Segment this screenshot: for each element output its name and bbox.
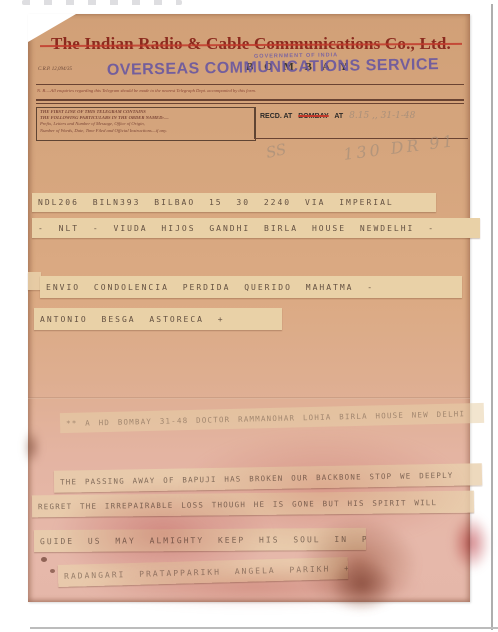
strip-message2-line1: THE PASSING AWAY OF BAPUJI HAS BROKEN OU… (54, 463, 482, 492)
strip-origin-text: NDL206 BILN393 BILBAO 15 30 2240 VIA IMP… (38, 198, 394, 207)
strip-message2-text1: THE PASSING AWAY OF BAPUJI HAS BROKEN OU… (60, 470, 454, 486)
pencil-note-right: 130 DR 91 (342, 131, 456, 164)
strip-body-text: ENVIO CONDOLENCIA PERDIDA QUERIDO MAHATM… (46, 283, 374, 292)
scan-border-right (491, 4, 493, 630)
fold-crease (28, 397, 470, 399)
scan-border-bottom (30, 627, 498, 629)
recd-prefix: RECD. AT (260, 113, 292, 120)
strip-second-address-line: ** A HD BOMBAY 31-48 DOCTOR RAMMANOHAR L… (60, 403, 484, 433)
strip-address-line: - NLT - VIUDA HIJOS GANDHI BIRLA HOUSE N… (32, 218, 480, 238)
header-rule (36, 84, 464, 85)
strip-message2-line3: GUIDE US MAY ALMIGHTY KEEP HIS SOUL IN P… (34, 528, 366, 552)
stain-left-edge-smudge (24, 429, 40, 465)
cropped-caption-remnant (22, 0, 182, 5)
particulars-line-4: Number of Words, Date, Time Filed and Of… (40, 128, 252, 134)
strip-body-line: ENVIO CONDOLENCIA PERDIDA QUERIDO MAHATM… (40, 276, 462, 298)
recd-divider (254, 107, 255, 139)
recd-suffix: AT (334, 113, 343, 120)
strip-signature-text: ANTONIO BESGA ASTORECA + (40, 315, 225, 324)
strip-address-text: - NLT - VIUDA HIJOS GANDHI BIRLA HOUSE N… (38, 224, 435, 233)
strip-second-address-text: ** A HD BOMBAY 31-48 DOCTOR RAMMANOHAR L… (66, 409, 465, 428)
ink-dot-2 (50, 569, 55, 573)
form-reference: C.R.P. 12,094/35 (38, 67, 72, 74)
double-rule-top (36, 99, 464, 101)
strip-message2-signature: RADANGARI PRATAPPARIKH ANGELA PARIKH + (58, 557, 349, 587)
strip-message2-line2: REGRET THE IRREPAIRABLE LOSS THOUGH HE I… (32, 491, 474, 518)
received-line: RECD. AT BOMBAY AT 8.15 ,, 31-1-48 (260, 111, 419, 121)
strip-message2-text2: REGRET THE IRREPAIRABLE LOSS THOUGH HE I… (38, 498, 437, 511)
strip-origin-line: NDL206 BILN393 BILBAO 15 30 2240 VIA IMP… (32, 193, 436, 212)
pencil-note-left: SS (264, 140, 288, 162)
strip-message2-text3: GUIDE US MAY ALMIGHTY KEEP HIS SOUL IN P… (40, 534, 366, 546)
strip-message2-signature-text: RADANGARI PRATAPPARIKH ANGELA PARIKH + (64, 563, 348, 580)
strip-signature-line: ANTONIO BESGA ASTORECA + (34, 308, 282, 330)
ink-dot-1 (41, 557, 47, 562)
notice-line: N. B.—All enquiries regarding this Teleg… (37, 88, 465, 94)
recd-city: BOMBAY (298, 113, 328, 120)
telegram-document: The Indian Radio & Cable Communications … (28, 14, 470, 602)
particulars-box: THE FIRST LINE OF THIS TELEGRAM CONTAINS… (36, 107, 256, 141)
double-rule-bottom (36, 103, 464, 104)
overseas-communications-stamp: OVERSEAS COMMUNICATIONS SERVICE (80, 56, 466, 81)
recd-handwritten-time: 8.15 ,, 31-1-48 (349, 111, 415, 121)
stain-red-edge (450, 512, 492, 574)
